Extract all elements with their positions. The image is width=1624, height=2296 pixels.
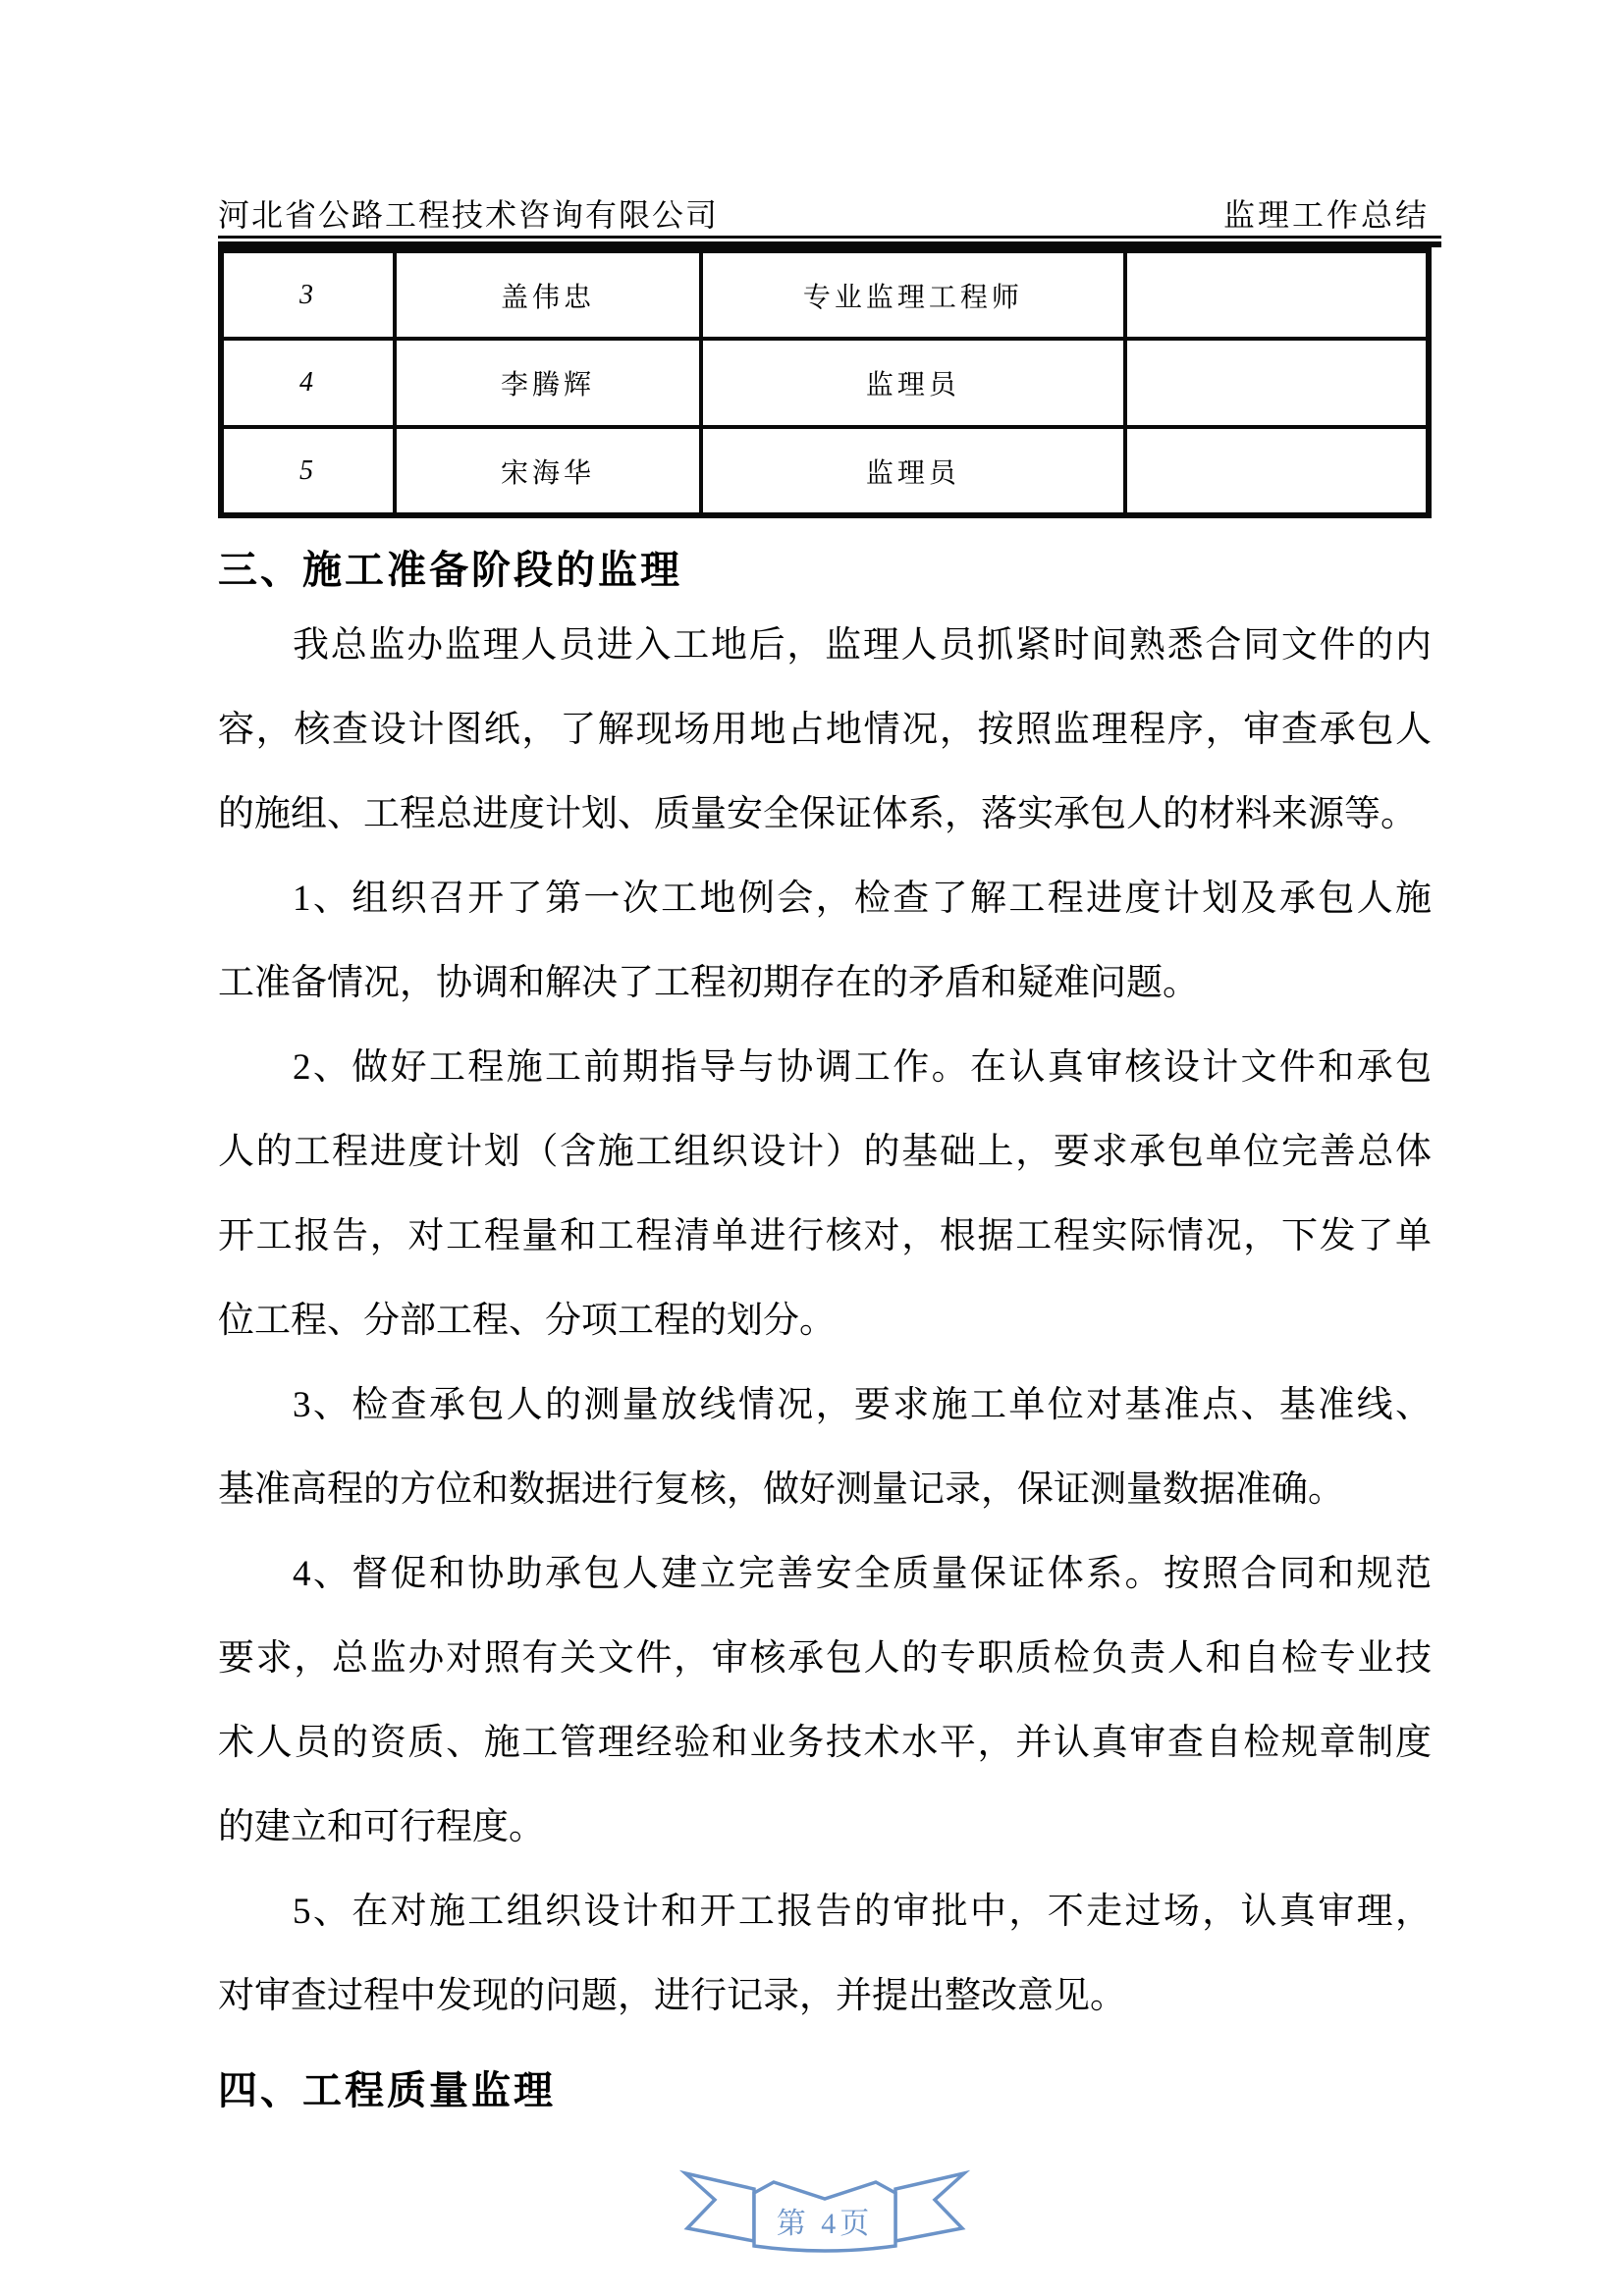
paragraph-line: 1、组织召开了第一次工地例会，检查了解工程进度计划及承包人施 (218, 857, 1432, 941)
staff-table: 3 盖伟忠 专业监理工程师 4 李腾辉 监理员 5 宋海华 监理员 (218, 247, 1432, 518)
cell-seq: 5 (221, 427, 395, 515)
paragraph-line: 对审查过程中发现的问题，进行记录，并提出整改意见。 (218, 1954, 1432, 2039)
cell-role: 监理员 (701, 339, 1125, 427)
document-page: { "colors": { "accent": "#6b93c8", "ink"… (0, 0, 1624, 2296)
cell-seq: 3 (221, 250, 395, 339)
paragraph: 1、组织召开了第一次工地例会，检查了解工程进度计划及承包人施 工准备情况，协调和… (218, 857, 1432, 1026)
paragraph-line: 术人员的资质、施工管理经验和业务技术水平，并认真审查自检规章制度 (218, 1701, 1432, 1786)
cell-role: 专业监理工程师 (701, 250, 1125, 339)
paragraph-line: 4、督促和协助承包人建立完善安全质量保证体系。按照合同和规范 (218, 1532, 1432, 1617)
table-row: 5 宋海华 监理员 (221, 427, 1429, 515)
paragraph-line: 的建立和可行程度。 (218, 1786, 1432, 1870)
cell-seq: 4 (221, 339, 395, 427)
paragraph-line: 2、做好工程施工前期指导与协调工作。在认真审核设计文件和承包 (218, 1026, 1432, 1110)
header-doc-title: 监理工作总结 (1223, 190, 1430, 236)
paragraph: 5、在对施工组织设计和开工报告的审批中，不走过场，认真审理， 对审查过程中发现的… (218, 1870, 1432, 2039)
paragraph-line: 容，核查设计图纸，了解现场用地占地情况，按照监理程序，审查承包人 (218, 688, 1432, 773)
cell-name: 盖伟忠 (395, 250, 701, 339)
ribbon-right-tail (895, 2173, 964, 2241)
section-heading-3: 三、施工准备阶段的监理 (218, 539, 682, 595)
paragraph-line: 的施组、工程总进度计划、质量安全保证体系，落实承包人的材料来源等。 (218, 773, 1432, 857)
paragraph-line: 位工程、分部工程、分项工程的划分。 (218, 1279, 1432, 1363)
body-text: 我总监办监理人员进入工地后，监理人员抓紧时间熟悉合同文件的内 容，核查设计图纸，… (218, 604, 1432, 2039)
table-row: 3 盖伟忠 专业监理工程师 (221, 250, 1429, 339)
page-number-label: 第 4页 (777, 2208, 874, 2240)
paragraph-line: 我总监办监理人员进入工地后，监理人员抓紧时间熟悉合同文件的内 (218, 604, 1432, 688)
header-company-name: 河北省公路工程技术咨询有限公司 (218, 190, 719, 236)
paragraph: 3、检查承包人的测量放线情况，要求施工单位对基准点、基准线、 基准高程的方位和数… (218, 1363, 1432, 1532)
cell-name: 李腾辉 (395, 339, 701, 427)
paragraph: 我总监办监理人员进入工地后，监理人员抓紧时间熟悉合同文件的内 容，核查设计图纸，… (218, 604, 1432, 857)
paragraph-line: 3、检查承包人的测量放线情况，要求施工单位对基准点、基准线、 (218, 1363, 1432, 1448)
cell-role: 监理员 (701, 427, 1125, 515)
cell-note (1125, 339, 1429, 427)
paragraph-line: 人的工程进度计划（含施工组织设计）的基础上，要求承包单位完善总体 (218, 1110, 1432, 1195)
page-number-ribbon: 第 4页 (677, 2165, 972, 2264)
header-rule (218, 236, 1441, 247)
cell-name: 宋海华 (395, 427, 701, 515)
paragraph-line: 基准高程的方位和数据进行复核，做好测量记录，保证测量数据准确。 (218, 1448, 1432, 1532)
paragraph-line: 开工报告，对工程量和工程清单进行核对，根据工程实际情况，下发了单 (218, 1195, 1432, 1279)
cell-note (1125, 427, 1429, 515)
table-row: 4 李腾辉 监理员 (221, 339, 1429, 427)
section-heading-4: 四、工程质量监理 (218, 2059, 556, 2115)
cell-note (1125, 250, 1429, 339)
paragraph-line: 工准备情况，协调和解决了工程初期存在的矛盾和疑难问题。 (218, 941, 1432, 1026)
paragraph-line: 要求，总监办对照有关文件，审核承包人的专职质检负责人和自检专业技 (218, 1617, 1432, 1701)
paragraph: 2、做好工程施工前期指导与协调工作。在认真审核设计文件和承包 人的工程进度计划（… (218, 1026, 1432, 1363)
paragraph: 4、督促和协助承包人建立完善安全质量保证体系。按照合同和规范 要求，总监办对照有… (218, 1532, 1432, 1870)
paragraph-line: 5、在对施工组织设计和开工报告的审批中，不走过场，认真审理， (218, 1870, 1432, 1954)
ribbon-left-tail (685, 2173, 754, 2241)
